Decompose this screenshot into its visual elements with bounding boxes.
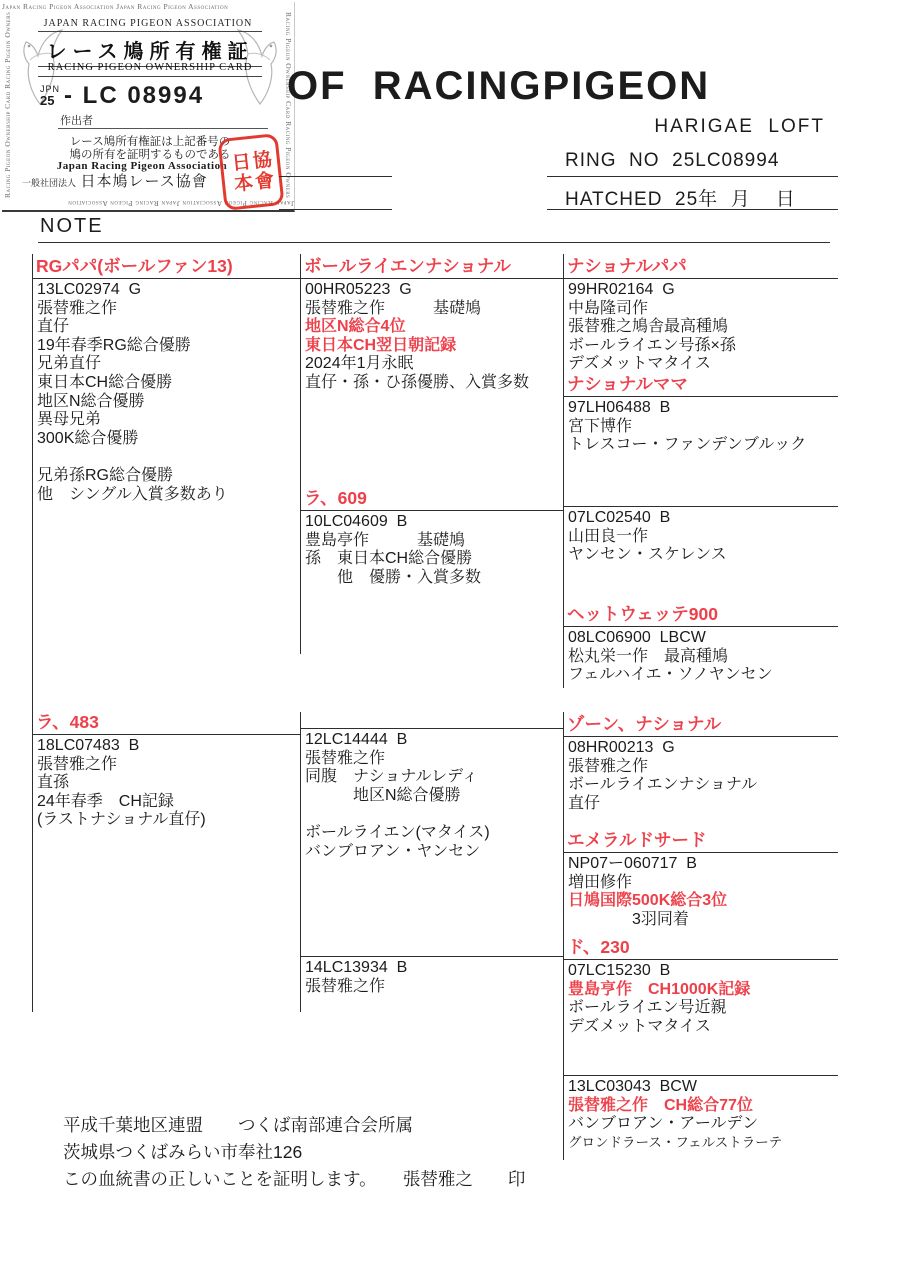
pedigree-line: 13LC02974 G xyxy=(37,281,300,300)
pedigree-cell-sire-dam-sire: 07LC02540 B山田良一作ヤンセン・スケレンス xyxy=(563,506,838,602)
pedigree-line: ヤンセン・スケレンス xyxy=(568,546,838,565)
pedigree-certificate-page: Japan Racing Pigeon Association Japan Ra… xyxy=(0,0,900,1272)
pedigree-cell-sire-sire-dam: ナショナルママ97LH06488 B宮下博作トレスコー・ファンデンブルック xyxy=(563,372,838,506)
pedigree-cell-body: NP07ー060717 B増田修作日鳩国際500K総合3位 3羽同着 xyxy=(564,852,838,929)
seal-text-col2: 協會 xyxy=(250,149,273,193)
pedigree-line: バンブロアン・ヤンセン xyxy=(305,843,563,862)
pedigree-cell-title: ラ、609 xyxy=(301,486,563,510)
ring-no-spacer xyxy=(660,150,673,171)
card-ring-year: 25 xyxy=(40,94,54,107)
card-issuer-jp: 一般社団法人 日本鳩レース協會 xyxy=(22,170,208,191)
pedigree-line: 山田良一作 xyxy=(568,528,838,547)
pedigree-cell-title: RGパパ(ボールファン13) xyxy=(33,254,300,278)
pedigree-cell-title-space xyxy=(301,712,563,728)
pedigree-cell-body: 97LH06488 B宮下博作トレスコー・ファンデンブルック xyxy=(564,396,838,455)
pedigree-cell-body: 08HR00213 G張替雅之作ボールライエンナショナル直仔 xyxy=(564,736,838,813)
pedigree-cell-sire-sire-sire: ナショナルパパ99HR02164 G中島隆司作張替雅之鳩舎最高種鳩ボールライエン… xyxy=(563,254,838,372)
pedigree-line: 地区N総合優勝 xyxy=(37,393,300,412)
pedigree-cell-dam-dam-sire: ド、23007LC15230 B豊島亨作 CH1000K記録ボールライエン号近親… xyxy=(563,935,838,1075)
card-breeder-label: 作出者 xyxy=(60,112,93,128)
pedigree-line: 直仔・孫・ひ孫優勝、入賞多数 xyxy=(305,374,563,393)
pedigree-line: 東日本CH総合優勝 xyxy=(37,374,300,393)
pedigree-cell-body: 10LC04609 B豊島亭作 基礎鳩孫 東日本CH総合優勝 他 優勝・入賞多数 xyxy=(301,510,563,587)
card-issuer-jp-name: 日本鳩レース協會 xyxy=(80,173,207,190)
pedigree-line: グロンドラース・フェルストラーテ xyxy=(568,1134,838,1153)
pedigree-line: 10LC04609 B xyxy=(305,513,563,532)
pedigree-line: 東日本CH翌日朝記録 xyxy=(305,337,563,356)
pedigree-cell-body: 00HR05223 G張替雅之作 基礎鳩地区N総合4位東日本CH翌日朝記録202… xyxy=(301,278,563,393)
pedigree-cell-body: 08LC06900 LBCW松丸栄一作 最高種鳩フェルハイエ・ソノヤンセン xyxy=(564,626,838,685)
pedigree-line: ボールライエン号近親 xyxy=(568,999,838,1018)
footer-address: 茨城県つくばみらい市奉社126 xyxy=(63,1139,525,1166)
pedigree-line: 中島隆司作 xyxy=(568,300,838,319)
pedigree-cell-dam-sire-dam: エメラルドサードNP07ー060717 B増田修作日鳩国際500K総合3位 3羽… xyxy=(563,828,838,935)
ownership-card: Japan Racing Pigeon Association Japan Ra… xyxy=(2,2,295,212)
loft-name: HARIGAE LOFT xyxy=(560,116,825,138)
pedigree-line: NP07ー060717 B xyxy=(568,855,838,874)
pedigree-line: トレスコー・ファンデンブルック xyxy=(568,436,838,455)
pedigree-cell-title: ナショナルママ xyxy=(564,372,838,396)
pedigree-line: 張替雅之作 CH総合77位 xyxy=(568,1097,838,1116)
pedigree-line: 2024年1月永眠 xyxy=(305,355,563,374)
pedigree-cell-sire-dam: ラ、60910LC04609 B豊島亭作 基礎鳩孫 東日本CH総合優勝 他 優勝… xyxy=(300,486,563,654)
hatched-underline xyxy=(547,209,838,210)
footer-affiliation: 平成千葉地区連盟 つくば南部連合会所属 xyxy=(63,1112,525,1139)
pedigree-line: 08LC06900 LBCW xyxy=(568,629,838,648)
hatched-row: HATCHED 25年 月 日 xyxy=(565,184,796,211)
pedigree-line: ボールライエン(マタイス) xyxy=(305,824,563,843)
pedigree-line: 00HR05223 G xyxy=(305,281,563,300)
pedigree-line: 豊島亨作 CH1000K記録 xyxy=(568,981,838,1000)
pedigree-cell-title: ド、230 xyxy=(564,935,838,959)
pedigree-line: 13LC03043 BCW xyxy=(568,1078,838,1097)
pedigree-line: デズメットマタイス xyxy=(568,1018,838,1037)
footer-certification-statement: この血統書の正しいことを証明します。 張替雅之 印 xyxy=(63,1166,525,1193)
card-border-top-text: Japan Racing Pigeon Association Japan Ra… xyxy=(2,2,294,13)
pedigree-line: 地区N総合4位 xyxy=(305,318,563,337)
pedigree-cell-title: ゾーン、ナショナル xyxy=(564,712,838,736)
pedigree-line: 97LH06488 B xyxy=(568,399,838,418)
pedigree-line: 張替雅之作 xyxy=(37,300,300,319)
pedigree-line: 24年春季 CH記録 xyxy=(37,793,300,812)
pedigree-line: 豊島亭作 基礎鳩 xyxy=(305,532,563,551)
pedigree-line: 07LC15230 B xyxy=(568,962,838,981)
card-ring-number: JPN 25 - LC 08994 xyxy=(40,82,204,110)
pedigree-line: 兄弟孫RG総合優勝 xyxy=(37,467,300,486)
hatched-value: 25年 月 日 xyxy=(675,189,796,210)
pedigree-line: 異母兄弟 xyxy=(37,411,300,430)
pedigree-cell-body: 13LC03043 BCW張替雅之作 CH総合77位バンブロアン・アールデングロ… xyxy=(564,1075,838,1152)
pedigree-line: 直仔 xyxy=(568,795,838,814)
card-title-en: RACING PIGEON OWNERSHIP CARD xyxy=(38,62,262,77)
pedigree-line: 日鳩国際500K総合3位 xyxy=(568,892,838,911)
pedigree-line xyxy=(37,448,300,467)
hatched-spacer xyxy=(662,189,675,210)
blank-line-left-1 xyxy=(279,176,392,177)
pedigree-line: 他 優勝・入賞多数 xyxy=(305,569,563,588)
pedigree-line xyxy=(305,805,563,824)
pedigree-line: 14LC13934 B xyxy=(305,959,563,978)
card-ring-series-number: - LC 08994 xyxy=(64,82,204,110)
pedigree-line: 張替雅之作 xyxy=(305,978,563,997)
ring-no-row: RING NO 25LC08994 xyxy=(565,150,779,172)
pedigree-cell-sire-dam-dam: ヘットウェッテ90008LC06900 LBCW松丸栄一作 最高種鳩フェルハイエ… xyxy=(563,602,838,688)
pedigree-line: 地区N総合優勝 xyxy=(305,787,563,806)
pedigree-line: (ラストナショナル直仔) xyxy=(37,811,300,830)
note-underline xyxy=(38,242,830,243)
pedigree-line: 張替雅之作 xyxy=(568,758,838,777)
pedigree-line: 張替雅之作 xyxy=(305,750,563,769)
note-label: NOTE xyxy=(40,215,104,238)
pedigree-line: 3羽同着 xyxy=(568,911,838,930)
pedigree-cell-dam-sire: 12LC14444 B張替雅之作同腹 ナショナルレディ 地区N総合優勝 ボールラ… xyxy=(300,712,563,956)
pedigree-cell-body: 99HR02164 G中島隆司作張替雅之鳩舎最高種鳩ボールライエン号孫×孫デズメ… xyxy=(564,278,838,374)
blank-line-left-2 xyxy=(279,209,392,210)
pedigree-line: フェルハイエ・ソノヤンセン xyxy=(568,666,838,685)
pedigree-line: バンブロアン・アールデン xyxy=(568,1115,838,1134)
card-border-left-text: Racing Pigeon Ownership Card Racing Pige… xyxy=(3,12,14,198)
pedigree-cell-body: 14LC13934 B張替雅之作 xyxy=(301,956,563,996)
pedigree-line: 張替雅之鳩舎最高種鳩 xyxy=(568,318,838,337)
pedigree-line: 99HR02164 G xyxy=(568,281,838,300)
pedigree-cell-title: ナショナルパパ xyxy=(564,254,838,278)
document-title: OF RACINGPIGEON xyxy=(287,64,710,109)
pedigree-line: 兄弟直仔 xyxy=(37,355,300,374)
certification-footer: 平成千葉地区連盟 つくば南部連合会所属 茨城県つくばみらい市奉社126 この血統… xyxy=(63,1112,525,1193)
pedigree-line: ボールライエンナショナル xyxy=(568,776,838,795)
pedigree-cell-title: ボールライエンナショナル xyxy=(301,254,563,278)
pedigree-line: 張替雅之作 基礎鳩 xyxy=(305,300,563,319)
ring-no-label: RING NO xyxy=(565,150,660,171)
pedigree-line: 12LC14444 B xyxy=(305,731,563,750)
card-issuer-jp-prefix: 一般社団法人 xyxy=(22,178,76,188)
pedigree-cell-body: 07LC15230 B豊島亨作 CH1000K記録ボールライエン号近親デズメット… xyxy=(564,959,838,1036)
pedigree-cell-sire: RGパパ(ボールファン13)13LC02974 G張替雅之作直仔19年春季RG総… xyxy=(32,254,300,710)
pedigree-line: 08HR00213 G xyxy=(568,739,838,758)
pedigree-cell-dam-dam-dam: 13LC03043 BCW張替雅之作 CH総合77位バンブロアン・アールデングロ… xyxy=(563,1075,838,1160)
pedigree-line: 張替雅之作 xyxy=(37,756,300,775)
pedigree-cell-title: ラ、483 xyxy=(33,710,300,734)
pedigree-line: 19年春季RG総合優勝 xyxy=(37,337,300,356)
pedigree-line: 同腹 ナショナルレディ xyxy=(305,768,563,787)
hatched-label: HATCHED xyxy=(565,189,662,210)
pedigree-cell-sire-sire: ボールライエンナショナル00HR05223 G張替雅之作 基礎鳩地区N総合4位東… xyxy=(300,254,563,486)
pedigree-cell-dam-dam: 14LC13934 B張替雅之作 xyxy=(300,956,563,1012)
pedigree-line: 300K総合優勝 xyxy=(37,430,300,449)
pedigree-cell-body: 12LC14444 B張替雅之作同腹 ナショナルレディ 地区N総合優勝 ボールラ… xyxy=(301,728,563,861)
pedigree-line: 直孫 xyxy=(37,774,300,793)
pedigree-line: 孫 東日本CH総合優勝 xyxy=(305,550,563,569)
pedigree-line: ボールライエン号孫×孫 xyxy=(568,337,838,356)
pedigree-line: 他 シングル入賞多数あり xyxy=(37,486,300,505)
association-seal-stamp: 日本 協會 xyxy=(217,133,284,211)
pedigree-line: 07LC02540 B xyxy=(568,509,838,528)
pedigree-cell-body: 13LC02974 G張替雅之作直仔19年春季RG総合優勝兄弟直仔東日本CH総合… xyxy=(33,278,300,504)
pedigree-cell-title: ヘットウェッテ900 xyxy=(564,602,838,626)
pedigree-line: 直仔 xyxy=(37,318,300,337)
card-association-en: JAPAN RACING PIGEON ASSOCIATION xyxy=(17,18,279,29)
pedigree-cell-title: エメラルドサード xyxy=(564,828,838,852)
card-breeder-blank-line xyxy=(58,128,268,129)
pedigree-line: 18LC07483 B xyxy=(37,737,300,756)
ring-no-underline xyxy=(547,176,838,177)
pedigree-cell-body: 18LC07483 B張替雅之作直孫24年春季 CH記録(ラストナショナル直仔) xyxy=(33,734,300,830)
pedigree-cell-dam: ラ、48318LC07483 B張替雅之作直孫24年春季 CH記録(ラストナショ… xyxy=(32,710,300,1012)
pedigree-line: 宮下博作 xyxy=(568,418,838,437)
card-ring-country-year: JPN 25 xyxy=(40,85,60,107)
pedigree-cell-dam-sire-sire: ゾーン、ナショナル08HR00213 G張替雅之作ボールライエンナショナル直仔 xyxy=(563,712,838,828)
pedigree-line: 増田修作 xyxy=(568,874,838,893)
pedigree-line: 松丸栄一作 最高種鳩 xyxy=(568,648,838,667)
ring-no-value: 25LC08994 xyxy=(672,150,779,171)
pedigree-cell-body: 07LC02540 B山田良一作ヤンセン・スケレンス xyxy=(564,506,838,565)
